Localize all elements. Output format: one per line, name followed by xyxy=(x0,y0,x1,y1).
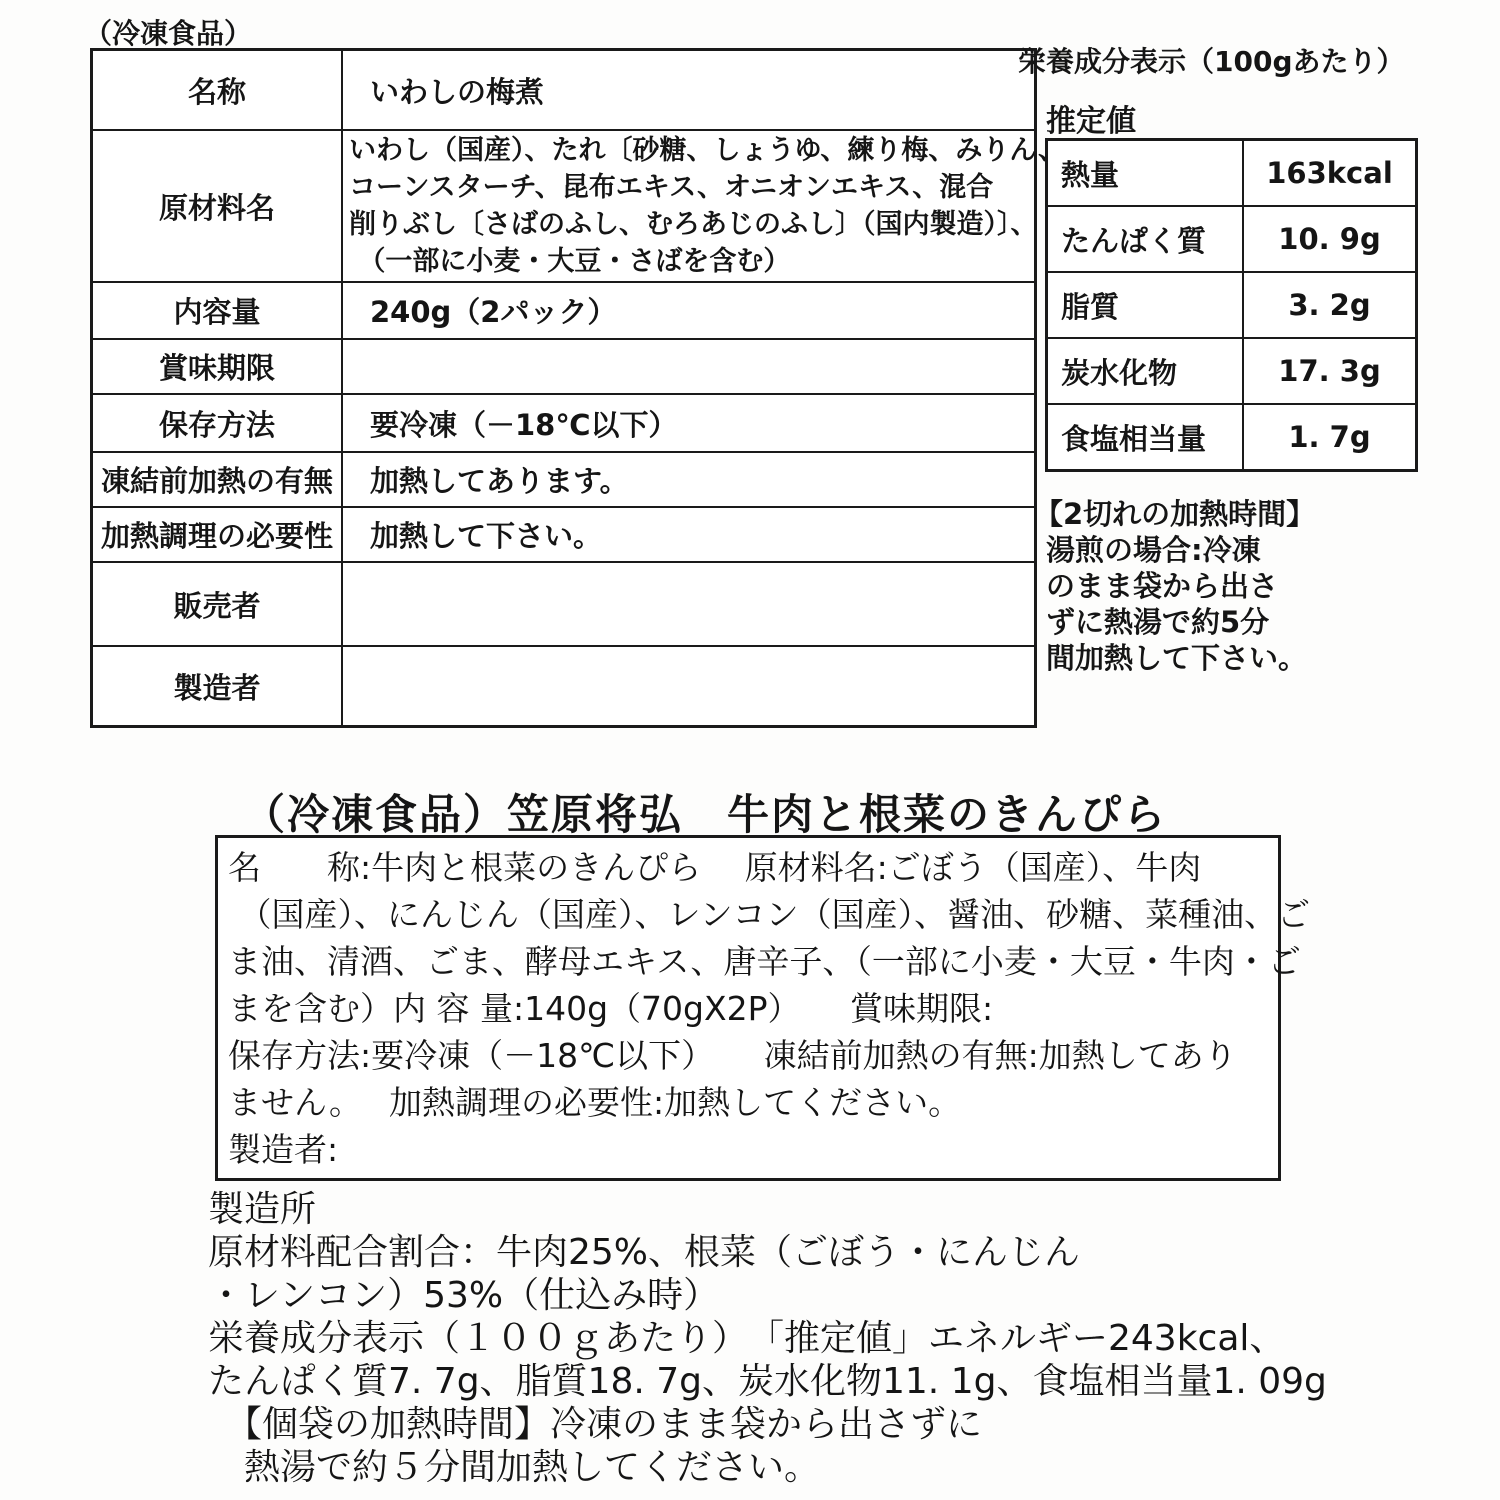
note-line-heating: 【個袋の加熱時間】冷凍のまま袋から出さずに xyxy=(208,1403,1327,1446)
box-line: まを含む）内 容 量:140g（70gX2P） 賞味期限: xyxy=(228,985,1268,1032)
nutrition-row-salt: 食塩相当量 1. 7g xyxy=(1048,403,1415,469)
row-label-ingredients: 原材料名 xyxy=(93,131,343,281)
box-line: 製造者: xyxy=(228,1126,1268,1173)
nutrition-label-carbs: 炭水化物 xyxy=(1048,339,1244,403)
info-row-name: 名称 いわしの梅煮 xyxy=(93,51,1034,129)
row-label-cooking-required: 加熱調理の必要性 xyxy=(93,508,343,561)
info-row-net-weight: 内容量 240g（2パック） xyxy=(93,281,1034,338)
info-row-ingredients: 原材料名 いわし（国産）、たれ〔砂糖、しょうゆ、練り梅、みりん、 コーンスターチ… xyxy=(93,129,1034,281)
nutrition-value-energy: 163kcal xyxy=(1244,141,1415,205)
heating-instructions-line: 間加熱して下さい。 xyxy=(1046,640,1307,676)
nutrition-value-salt: 1. 7g xyxy=(1244,405,1415,469)
note-line-nutrition: 栄養成分表示（１００ｇあたり） 「推定値」エネルギー243kcal、 xyxy=(208,1317,1327,1360)
manufacturing-notes: 製造所 原材料配合割合：牛肉25%、根菜（ごぼう・にんじん ・レンコン）53%（… xyxy=(208,1188,1327,1489)
info-row-seller: 販売者 xyxy=(93,561,1034,645)
nutrition-value-fat: 3. 2g xyxy=(1244,273,1415,337)
nutrition-value-carbs: 17. 3g xyxy=(1244,339,1415,403)
bottom-product-title: （冷凍食品）笠原将弘 牛肉と根菜のきんぴら xyxy=(243,782,1167,842)
info-row-cooking-required: 加熱調理の必要性 加熱して下さい。 xyxy=(93,506,1034,561)
ingredients-line: いわし（国産）、たれ〔砂糖、しょうゆ、練り梅、みりん、 xyxy=(349,132,1065,169)
row-label-preheat: 凍結前加熱の有無 xyxy=(93,453,343,506)
note-line-nutrition: たんぱく質7. 7g、脂質18. 7g、炭水化物11. 1g、食塩相当量1. 0… xyxy=(208,1360,1327,1403)
product-info-table: 名称 いわしの梅煮 原材料名 いわし（国産）、たれ〔砂糖、しょうゆ、練り梅、みり… xyxy=(90,48,1037,728)
frozen-food-label-sheet: （冷凍食品） 名称 いわしの梅煮 原材料名 いわし（国産）、たれ〔砂糖、しょうゆ… xyxy=(0,0,1500,1500)
row-value-storage: 要冷凍（－18℃以下） xyxy=(343,395,1034,451)
ingredients-line: コーンスターチ、昆布エキス、オニオンエキス、混合 xyxy=(349,169,993,206)
nutrition-label-protein: たんぱく質 xyxy=(1048,207,1244,271)
row-label-name: 名称 xyxy=(93,51,343,129)
row-value-seller xyxy=(343,563,1034,645)
nutrition-table: 熱量 163kcal たんぱく質 10. 9g 脂質 3. 2g 炭水化物 17… xyxy=(1045,138,1418,472)
nutrition-row-energy: 熱量 163kcal xyxy=(1048,141,1415,205)
nutrition-value-protein: 10. 9g xyxy=(1244,207,1415,271)
info-row-best-before: 賞味期限 xyxy=(93,338,1034,393)
row-label-storage: 保存方法 xyxy=(93,395,343,451)
row-value-manufacturer xyxy=(343,647,1034,725)
row-label-manufacturer: 製造者 xyxy=(93,647,343,725)
row-label-seller: 販売者 xyxy=(93,563,343,645)
nutrition-label-salt: 食塩相当量 xyxy=(1048,405,1244,469)
box-line: （国産）、にんじん（国産）、レンコン（国産）、醤油、砂糖、菜種油、ご xyxy=(228,891,1268,938)
nutrition-row-carbs: 炭水化物 17. 3g xyxy=(1048,337,1415,403)
nutrition-label-fat: 脂質 xyxy=(1048,273,1244,337)
nutrition-row-fat: 脂質 3. 2g xyxy=(1048,271,1415,337)
box-line: 保存方法:要冷凍（－18℃以下） 凍結前加熱の有無:加熱してあり xyxy=(228,1032,1268,1079)
ingredients-line: 削りぶし〔さばのふし、むろあじのふし〕（国内製造）〕、 xyxy=(349,206,1038,243)
heating-time-title: 【2切れの加熱時間】 xyxy=(1034,492,1315,533)
box-line: ま油、清酒、ごま、酵母エキス、唐辛子、（一部に小麦・大豆・牛肉・ご xyxy=(228,938,1268,985)
nutrition-subheading: 推定値 xyxy=(1046,96,1136,140)
ingredients-line: （一部に小麦・大豆・さばを含む） xyxy=(349,243,790,280)
row-value-net-weight: 240g（2パック） xyxy=(343,283,1034,338)
bottom-label-box: 名 称:牛肉と根菜のきんぴら 原材料名:ごぼう（国産）、牛肉 （国産）、にんじん… xyxy=(215,835,1281,1181)
note-line-factory: 製造所 xyxy=(208,1188,1327,1231)
row-value-name: いわしの梅煮 xyxy=(343,51,1034,129)
nutrition-label-energy: 熱量 xyxy=(1048,141,1244,205)
note-line-heating: 熱湯で約５分間加熱してください。 xyxy=(208,1446,1327,1489)
heating-instructions: 湯煎の場合:冷凍 のまま袋から出さ ずに熱湯で約5分 間加熱して下さい。 xyxy=(1046,532,1307,676)
box-line: 名 称:牛肉と根菜のきんぴら 原材料名:ごぼう（国産）、牛肉 xyxy=(228,844,1268,891)
note-line-ratio: ・レンコン）53%（仕込み時） xyxy=(208,1274,1327,1317)
info-row-preheat: 凍結前加熱の有無 加熱してあります。 xyxy=(93,451,1034,506)
note-line-ratio: 原材料配合割合：牛肉25%、根菜（ごぼう・にんじん xyxy=(208,1231,1327,1274)
heating-instructions-line: 湯煎の場合:冷凍 xyxy=(1046,532,1307,568)
heating-instructions-line: のまま袋から出さ xyxy=(1046,568,1307,604)
info-row-storage: 保存方法 要冷凍（－18℃以下） xyxy=(93,393,1034,451)
nutrition-row-protein: たんぱく質 10. 9g xyxy=(1048,205,1415,271)
row-label-net-weight: 内容量 xyxy=(93,283,343,338)
info-row-manufacturer: 製造者 xyxy=(93,645,1034,725)
row-value-best-before xyxy=(343,340,1034,393)
nutrition-heading: 栄養成分表示（100gあたり） xyxy=(1018,40,1405,80)
row-value-cooking-required: 加熱して下さい。 xyxy=(343,508,1034,561)
heating-instructions-line: ずに熱湯で約5分 xyxy=(1046,604,1307,640)
row-value-preheat: 加熱してあります。 xyxy=(343,453,1034,506)
row-label-best-before: 賞味期限 xyxy=(93,340,343,393)
frozen-food-tag: （冷凍食品） xyxy=(84,12,252,52)
row-value-ingredients: いわし（国産）、たれ〔砂糖、しょうゆ、練り梅、みりん、 コーンスターチ、昆布エキ… xyxy=(343,131,1065,281)
box-line: ません。 加熱調理の必要性:加熱してください。 xyxy=(228,1079,1268,1126)
